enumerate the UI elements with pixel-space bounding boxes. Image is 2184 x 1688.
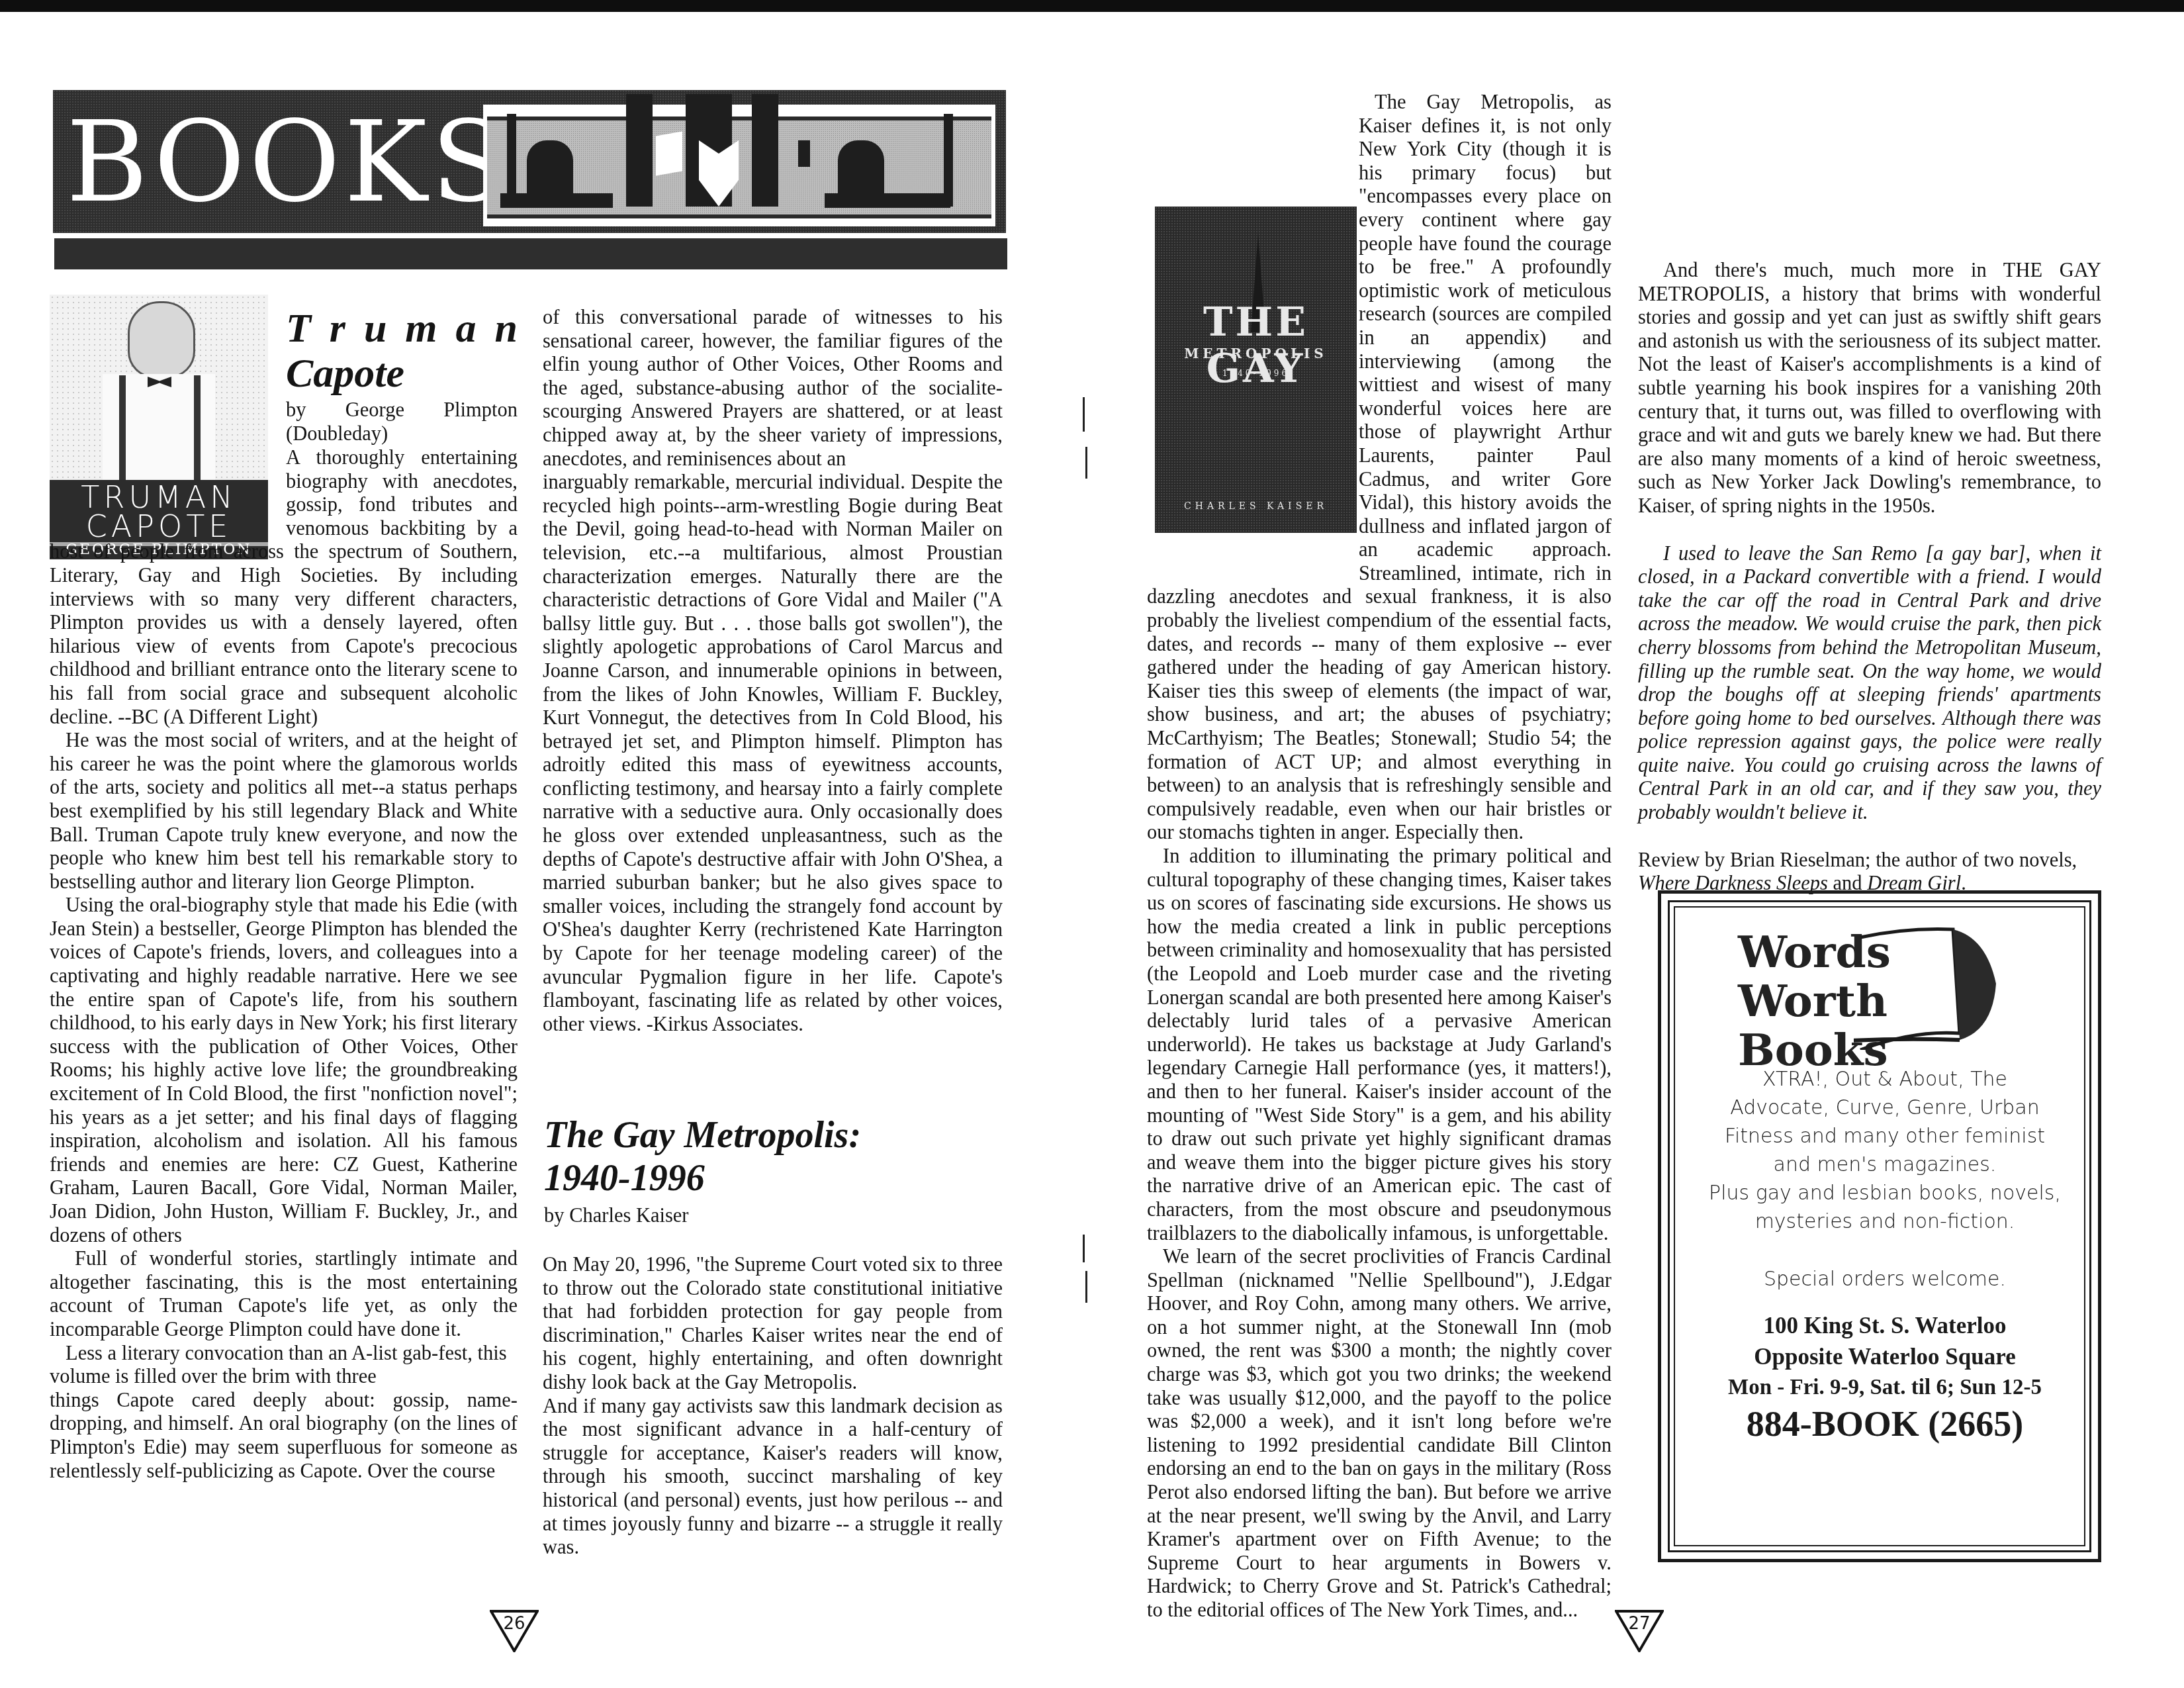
wordsworth-books-advertisement: Words Worth Books XTRA!, Out & About, Th… xyxy=(1658,890,2101,1562)
column-2: of this conversational parade of witness… xyxy=(543,306,1003,1036)
review1-paragraph: of this conversational parade of witness… xyxy=(543,306,1003,471)
review1-paragraph: Less a literary convocation than an A-li… xyxy=(50,1342,518,1389)
column-4: And there's much, much more in THE GAY M… xyxy=(1638,259,2101,896)
review-credit: Review by Brian Rieselman; the author of… xyxy=(1638,849,2101,896)
review2-paragraph: And if many gay activists saw this landm… xyxy=(543,1395,1003,1560)
review1-paragraph: He was the most social of writers, and a… xyxy=(50,729,518,894)
store-hours: Mon - Fri. 9-9, Sat. til 6; Sun 12-5 xyxy=(1675,1372,2095,1403)
review2-pull-quote: I used to leave the San Remo [a gay bar]… xyxy=(1638,542,2101,825)
binding-mark xyxy=(1083,397,1085,432)
column-3: The Gay Metropolis, as Kaiser defines it… xyxy=(1147,91,1612,1622)
store-location: Opposite Waterloo Square xyxy=(1675,1341,2095,1372)
banner-title: BOOKS xyxy=(66,99,512,225)
review1-paragraph: Full of wonderful stories, startlingly i… xyxy=(50,1247,518,1341)
column-1: A thoroughly entertaining biography with… xyxy=(50,446,518,1483)
review1-paragraph: things Capote cared deeply about: gossip… xyxy=(50,1389,518,1483)
open-book-icon xyxy=(1854,924,2006,1050)
reading-figures-illustration-icon xyxy=(483,105,995,226)
page-number-27: 27 xyxy=(1615,1610,1664,1652)
store-phone: 884-BOOK (2665) xyxy=(1675,1404,2095,1444)
review1-paragraph: Using the oral-biography style that made… xyxy=(50,894,518,1247)
binding-mark xyxy=(1085,447,1087,479)
review2-title-line1: The Gay Metropolis: xyxy=(544,1114,861,1156)
review2-byline: by Charles Kaiser xyxy=(544,1203,689,1227)
review2-paragraph: On May 20, 1996, "the Supreme Court vote… xyxy=(543,1253,1003,1395)
page-number-26: 26 xyxy=(490,1610,539,1652)
review1-title-line2: Capote xyxy=(286,351,404,396)
review1-paragraph: inarguably remarkable, mercurial individ… xyxy=(543,471,1003,1036)
review2-paragraph: And there's much, much more in THE GAY M… xyxy=(1638,259,2101,518)
binding-mark xyxy=(1085,1271,1087,1303)
review2-title-line2: 1940-1996 xyxy=(544,1157,705,1199)
banner-underline-bar xyxy=(54,238,1007,269)
column-2-review2: On May 20, 1996, "the Supreme Court vote… xyxy=(543,1253,1003,1560)
scan-top-edge xyxy=(0,0,2184,12)
books-section-banner: BOOKS xyxy=(53,90,1006,233)
review2-paragraph: We learn of the secret proclivities of F… xyxy=(1147,1245,1612,1622)
review1-title-line1: T r u m a n xyxy=(286,306,518,351)
binding-mark xyxy=(1083,1235,1085,1262)
review1-byline: by George Plimpton xyxy=(286,399,518,422)
store-address: 100 King St. S. Waterloo xyxy=(1675,1310,2095,1341)
special-orders-text: Special orders welcome. xyxy=(1675,1265,2095,1293)
review1-publisher: (Doubleday) xyxy=(286,422,388,446)
review2-paragraph: In addition to illuminating the primary … xyxy=(1147,845,1612,1245)
